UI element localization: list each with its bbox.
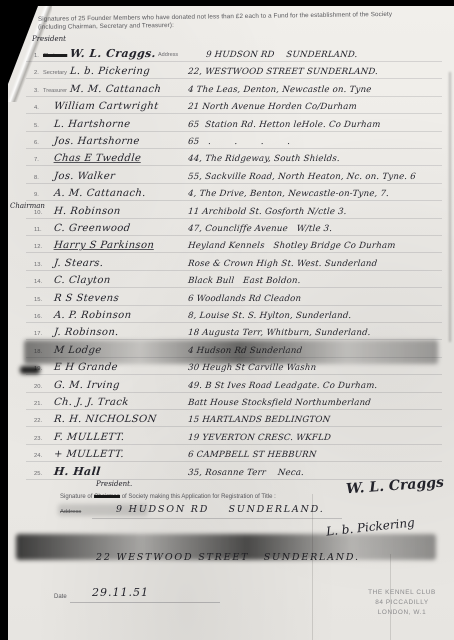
member-name: J. Robinson. [53, 327, 119, 338]
member-number: 24. [34, 453, 42, 459]
member-name: Harry S Parkinson [53, 240, 154, 251]
member-address: 30 Heugh St Carville Washn [188, 363, 317, 373]
member-row: 2.SecretaryL. b. Pickering22, WESTWOOD S… [8, 61, 454, 78]
member-name: R S Stevens [53, 293, 119, 304]
member-address: 4, The Drive, Benton, Newcastle-on-Tyne,… [188, 189, 390, 199]
member-number: 22. [34, 418, 42, 424]
scanned-document-page: Signatures of 25 Founder Members who hav… [8, 6, 454, 640]
member-number: 2. [34, 70, 39, 76]
member-address: 15 HARTLANDS BEDLINGTON [188, 415, 331, 425]
member-row: 22.R. H. NICHOLSON15 HARTLANDS BEDLINGTO… [8, 409, 454, 426]
member-row: 20.G. M. Irving49. B St Ives Road Leadga… [8, 375, 454, 392]
member-number: 1. [34, 53, 39, 59]
footer-president-annotation: President. [96, 480, 132, 488]
member-name: A. P. Robinson [53, 310, 132, 321]
member-address: Heyland Kennels Shotley Bridge Co Durham [188, 241, 396, 251]
date-label: Date [54, 594, 67, 600]
member-row: 24.+ MULLETT.6 CAMPBELL ST HEBBURN [8, 444, 454, 461]
member-row: 19.E H Grande30 Heugh St Carville Washn [8, 357, 454, 374]
member-number: 5. [34, 123, 39, 129]
signature-label-post: of Society making this Application for R… [120, 494, 276, 500]
form-header: Signatures of 25 Founder Members who hav… [38, 10, 448, 31]
member-number: 13. [34, 262, 42, 268]
footer-address-label: Address [60, 509, 81, 515]
struck-chairman-word: Chairman [94, 494, 120, 500]
member-row: 13.J. Stears.Rose & Crown High St. West.… [8, 253, 454, 270]
member-number: 16. [34, 314, 42, 320]
member-row: 9.A. M. Cattanach.4, The Drive, Benton, … [8, 183, 454, 200]
member-name: + MULLETT. [53, 449, 124, 460]
member-address: 6 CAMPBELL ST HEBBURN [188, 450, 317, 460]
member-number: 10. [34, 210, 42, 216]
member-name: William Cartwright [53, 101, 159, 112]
member-name: Ch. J. J. Track [53, 397, 129, 408]
signature-declaration-line: Signature of Chairman of Society making … [60, 494, 276, 500]
member-number: 9. [34, 192, 39, 198]
member-row: 12.Harry S ParkinsonHeyland Kennels Shot… [8, 235, 454, 252]
member-row: 3.TreasurerM. M. Cattanach4 The Leas, De… [8, 79, 454, 96]
member-row: 5.L. Hartshorne65 Station Rd. Hetton leH… [8, 114, 454, 131]
stamp-line-2: 84 PICCADILLY [356, 598, 448, 608]
member-row: 16.A. P. Robinson8, Louise St. S. Hylton… [8, 305, 454, 322]
member-address: 8, Louise St. S. Hylton, Sunderland. [188, 311, 352, 321]
member-address: 11 Archibold St. Gosforth N/ctle 3. [188, 207, 347, 217]
member-number: 11. [34, 227, 42, 233]
member-address: Batt House Stocksfield Northumberland [188, 398, 372, 408]
signature-label-pre: Signature of [60, 494, 94, 500]
member-name: M Lodge [53, 345, 102, 356]
member-row: 15.R S Stevens6 Woodlands Rd Cleadon [8, 288, 454, 305]
member-number: 17. [34, 331, 42, 337]
member-number: 6. [34, 140, 39, 146]
member-name: Chas E Tweddle [53, 153, 141, 164]
member-name: C. Clayton [53, 275, 111, 286]
member-number: 21. [34, 401, 42, 407]
member-name: L. Hartshorne [53, 119, 131, 130]
member-role-label: Secretary [43, 70, 67, 76]
member-name: Jos. Hartshorne [53, 136, 140, 147]
member-name: G. M. Irving [53, 380, 120, 391]
member-name: A. M. Cattanach. [53, 188, 146, 199]
member-address: 18 Augusta Terr, Whitburn, Sunderland. [188, 328, 372, 338]
member-address: 4 Hudson Rd Sunderland [188, 346, 303, 356]
stamp-line-3: LONDON, W.1 [356, 608, 448, 618]
member-name: R. H. NICHOLSON [53, 414, 157, 425]
member-address: 22, WESTWOOD STREET SUNDERLAND. [188, 67, 379, 77]
member-number: 14. [34, 279, 42, 285]
member-name: E H Grande [53, 362, 118, 373]
member-number: 20. [34, 384, 42, 390]
member-address: 65 . . . . [188, 137, 291, 147]
form-rule [92, 518, 342, 519]
kennel-club-stamp: THE KENNEL CLUB 84 PICCADILLY LONDON, W.… [356, 588, 448, 618]
member-row: 1.ChairmanPresidentW. L. Craggs.Address9… [8, 44, 454, 61]
screenshot-canvas: { "document": { "header": { "line1": "Si… [0, 0, 454, 640]
member-address: 21 North Avenue Horden Co/Durham [188, 102, 358, 112]
address-label: Address [158, 52, 178, 58]
member-number: 12. [34, 244, 42, 250]
member-name: Jos. Walker [53, 171, 115, 182]
member-address: Black Bull East Boldon. [188, 276, 302, 286]
president-address: 9 HUDSON RD SUNDERLAND. [116, 504, 325, 515]
member-address: 49. B St Ives Road Leadgate. Co Durham. [188, 381, 378, 391]
member-number: 15. [34, 297, 42, 303]
member-row: 4.William Cartwright21 North Avenue Hord… [8, 96, 454, 113]
member-name: C. Greenwood [53, 223, 131, 234]
member-address: 9 HUDSON RD SUNDERLAND. [206, 50, 358, 60]
member-row: 18.M Lodge4 Hudson Rd Sunderland [8, 340, 454, 357]
stamp-line-1: THE KENNEL CLUB [356, 588, 448, 598]
member-row: 8.Jos. Walker55, Sackville Road, North H… [8, 166, 454, 183]
member-address: 6 Woodlands Rd Cleadon [188, 294, 302, 304]
member-row: 14.C. ClaytonBlack Bull East Boldon. [8, 270, 454, 287]
member-name: F. MULLETT. [53, 432, 125, 443]
member-row: 10.ChairmanH. Robinson11 Archibold St. G… [8, 201, 454, 218]
member-address: 47, Councliffe Avenue W/tle 3. [188, 224, 333, 234]
margin-annotation: Chairman [10, 202, 45, 210]
margin-annotation: President [32, 35, 66, 43]
member-name: M. M. Cattanach [69, 84, 161, 95]
member-row: 21.Ch. J. J. TrackBatt House Stocksfield… [8, 392, 454, 409]
member-number: 19. [34, 366, 42, 372]
member-address: 55, Sackville Road, North Heaton, Nc. on… [188, 172, 417, 182]
member-row: 11.C. Greenwood47, Councliffe Avenue W/t… [8, 218, 454, 235]
member-role-label: Chairman [43, 53, 67, 59]
member-number: 8. [34, 175, 39, 181]
member-row: 17.J. Robinson.18 Augusta Terr, Whitburn… [8, 322, 454, 339]
date-rule [70, 602, 220, 603]
member-number: 18. [34, 349, 42, 355]
member-address: 4 The Leas, Denton, Newcastle on. Tyne [188, 85, 372, 95]
member-number: 23. [34, 436, 42, 442]
member-number: 3. [34, 88, 39, 94]
member-address: 19 YEVERTON CRESC. WKFLD [188, 433, 332, 443]
member-number: 4. [34, 105, 39, 111]
president-signature: W. L. Craggs [346, 475, 445, 498]
member-row: 6.Jos. Hartshorne65 . . . . [8, 131, 454, 148]
member-number: 7. [34, 157, 39, 163]
member-row: 23.F. MULLETT.19 YEVERTON CRESC. WKFLD [8, 427, 454, 444]
member-role-label: Treasurer [43, 88, 67, 94]
member-name: J. Stears. [53, 258, 104, 269]
member-address: 65 Station Rd. Hetton leHole. Co Durham [188, 120, 381, 130]
member-address: Rose & Crown High St. West. Sunderland [188, 259, 378, 269]
member-name: W. L. Craggs. [69, 47, 156, 60]
member-name: H. Robinson [53, 206, 121, 217]
declaration-footer: President. Signature of Chairman of Soci… [8, 476, 454, 640]
member-row: 7.Chas E Tweddle44, The Ridgeway, South … [8, 148, 454, 165]
member-name: L. b. Pickering [69, 66, 150, 77]
secretary-address: 22 WESTWOOD STREET SUNDERLAND. [96, 552, 360, 563]
date-value: 29.11.51 [92, 586, 149, 599]
member-address: 44, The Ridgeway, South Shields. [188, 154, 341, 164]
